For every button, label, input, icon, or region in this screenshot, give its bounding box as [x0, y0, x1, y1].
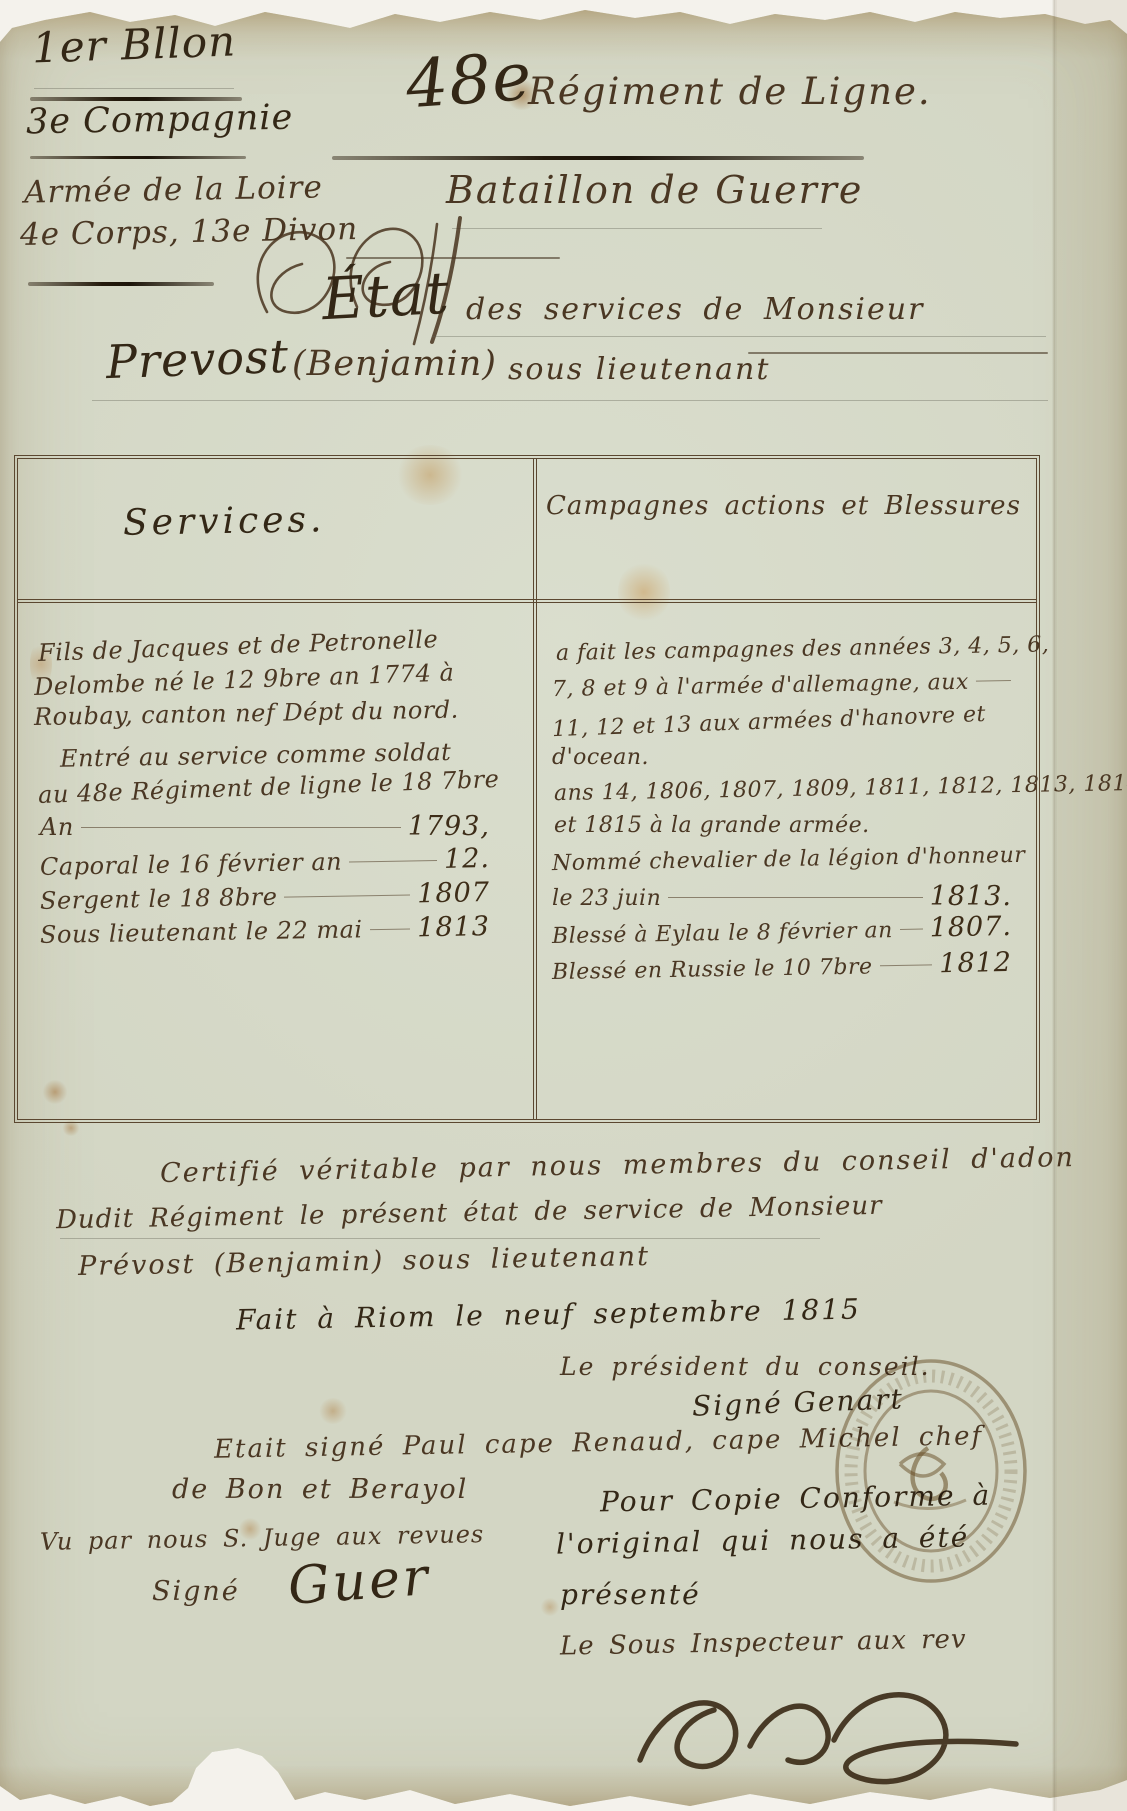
- table-column-divider: [533, 459, 537, 1119]
- company-number: 3e Compagnie: [26, 98, 294, 143]
- dash-rule: [668, 897, 922, 898]
- officer-firstname: (Benjamin): [292, 344, 497, 384]
- campaign-text: Blessé en Russie le 10 7bre: [552, 954, 873, 985]
- column-header-services: Services.: [123, 499, 326, 544]
- circular-ink-stamp: [828, 1352, 1034, 1590]
- campaign-line: 11, 12 et 13 aux armées d'hanovre et: [552, 701, 1019, 742]
- dash-rule: [284, 894, 410, 897]
- rule-line: [30, 156, 246, 159]
- dash-rule: [880, 964, 933, 966]
- dash-rule: [370, 928, 411, 930]
- presente-line: présenté: [560, 1578, 701, 1611]
- service-text: Sous lieutenant le 22 mai: [40, 915, 363, 949]
- service-line: An 1793,: [40, 811, 490, 842]
- campaign-text: et 1815 à la grande armée.: [554, 813, 870, 838]
- campaign-year: 1812: [939, 947, 1012, 979]
- column-header-campagnes: Campagnes actions et Blessures: [546, 491, 1021, 521]
- service-line: Caporal le 16 février an 12.: [40, 843, 490, 882]
- rule-line: [92, 400, 1048, 401]
- rule-line: [28, 282, 214, 286]
- campaign-text: 11, 12 et 13 aux armées d'hanovre et: [552, 702, 987, 742]
- rule-line: [332, 156, 864, 160]
- de-bon-line: de Bon et Berayol: [172, 1474, 468, 1505]
- signe-label: Signé: [152, 1576, 240, 1607]
- campaign-line: et 1815 à la grande armée.: [554, 813, 1020, 838]
- rule-line: [34, 88, 234, 89]
- rule-line: [452, 228, 822, 229]
- service-line: Sous lieutenant le 22 mai 1813: [40, 911, 490, 950]
- campaign-line: Blessé à Eylau le 8 février an 1807.: [552, 911, 1012, 950]
- service-line: Roubay, canton nef Dépt du nord.: [34, 695, 494, 731]
- regiment-name: Régiment de Ligne.: [528, 70, 932, 113]
- title-rest: des services de Monsieur: [466, 292, 924, 327]
- rule-line: [748, 352, 1048, 354]
- rule-line: [432, 336, 1046, 337]
- campaign-line: 7, 8 et 9 à l'armée d'allemagne, aux: [552, 669, 1018, 702]
- campaign-text: d'ocean.: [552, 745, 649, 770]
- document-photo: 1er Bllon 3e Compagnie Armée de la Loire…: [0, 0, 1127, 1811]
- battalion-number: 1er Bllon: [31, 16, 237, 72]
- campaign-line: Blessé en Russie le 10 7bre 1812: [552, 947, 1012, 986]
- dash-rule: [976, 680, 1011, 682]
- campaign-text: a fait les campagnes des années 3, 4, 5,…: [556, 632, 1050, 666]
- campaign-year: 1813.: [930, 881, 1012, 912]
- service-year: 1813: [417, 911, 490, 943]
- campaign-line: d'ocean.: [552, 745, 1018, 770]
- dash-rule: [900, 929, 923, 930]
- service-year: 1793,: [408, 811, 490, 842]
- service-text: Entré au service comme soldat: [60, 738, 452, 773]
- service-line: Sergent le 18 8bre 1807: [40, 877, 490, 916]
- campaign-year: 1807.: [929, 911, 1012, 943]
- officer-name: Prevost: [105, 329, 290, 389]
- title-etat: État: [320, 259, 451, 334]
- dash-rule: [81, 827, 401, 828]
- campaign-line: Nommé chevalier de la légion d'honneur: [552, 843, 1018, 876]
- service-text: Roubay, canton nef Dépt du nord.: [34, 696, 459, 731]
- regiment-number: 48e: [403, 38, 534, 124]
- service-text: An: [40, 813, 74, 841]
- service-text: Sergent le 18 8bre: [40, 883, 278, 915]
- battalion-title: Bataillon de Guerre: [446, 168, 863, 212]
- campaign-text: le 23 juin: [552, 886, 661, 911]
- signature-guer: Guer: [286, 1547, 433, 1617]
- service-year: 12.: [444, 843, 490, 875]
- rule-line: [60, 1238, 820, 1239]
- campaign-line: le 23 juin 1813.: [552, 881, 1012, 912]
- dash-rule: [349, 860, 437, 863]
- inspector-signature-flourish: [618, 1648, 1048, 1798]
- campaign-line: ans 14, 1806, 1807, 1809, 1811, 1812, 18…: [554, 773, 1020, 806]
- table-header-divider: [18, 599, 1036, 603]
- service-year: 1807: [417, 877, 490, 909]
- campaign-text: Blessé à Eylau le 8 février an: [552, 918, 893, 949]
- army-name: Armée de la Loire: [24, 169, 323, 210]
- service-text: Caporal le 16 février an: [40, 848, 343, 881]
- campaign-text: 7, 8 et 9 à l'armée d'allemagne, aux: [552, 670, 969, 702]
- officer-rank: sous lieutenant: [508, 352, 770, 387]
- campaign-line: a fait les campagnes des années 3, 4, 5,…: [556, 633, 1018, 666]
- campaign-text: Nommé chevalier de la légion d'honneur: [552, 843, 1026, 876]
- service-table: Services. Campagnes actions et Blessures…: [14, 455, 1040, 1123]
